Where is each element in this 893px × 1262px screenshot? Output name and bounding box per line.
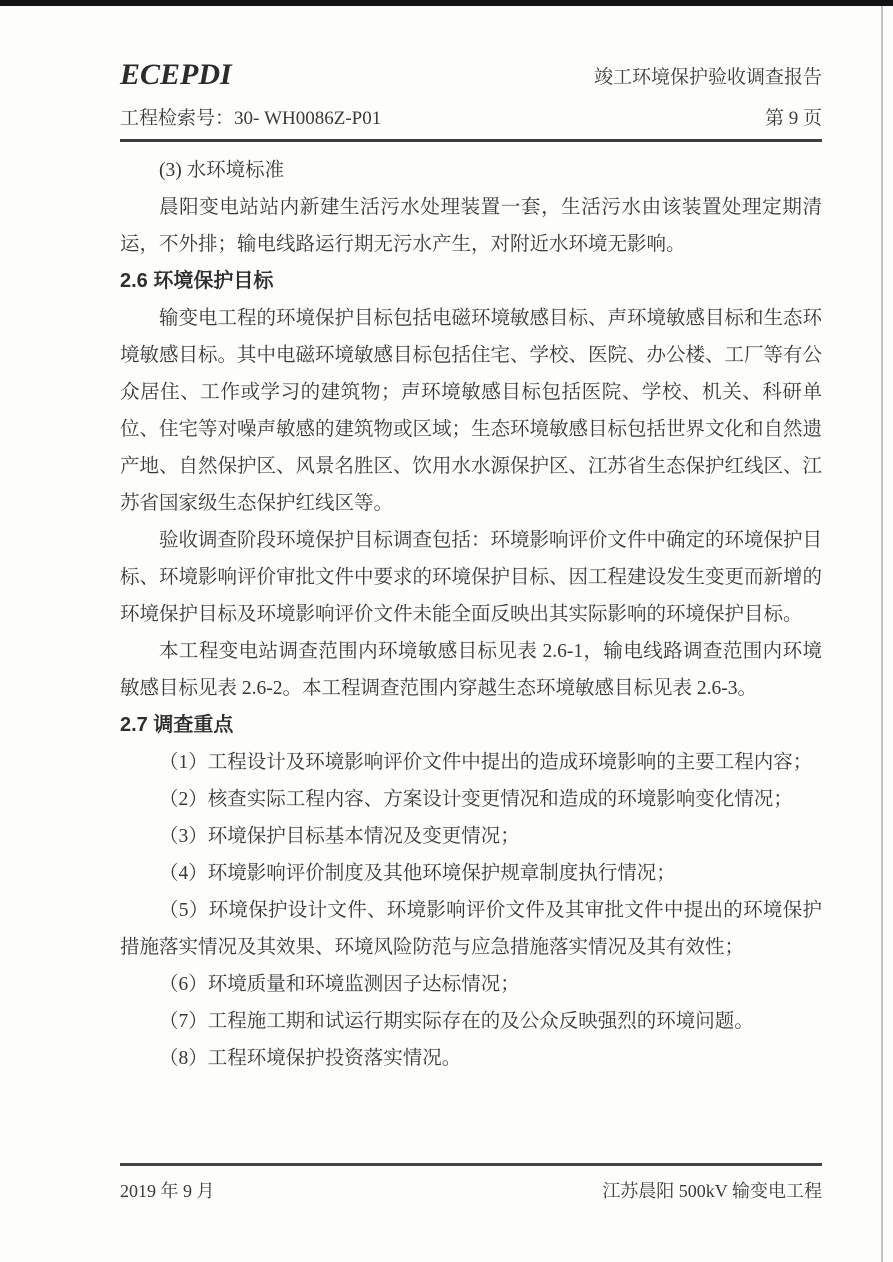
paragraph-water-standard-title: (3) 水环境标准 xyxy=(120,152,822,189)
survey-item-1: （1）工程设计及环境影响评价文件中提出的造成环境影响的主要工程内容； xyxy=(120,744,822,781)
report-title: 竣工环境保护验收调查报告 xyxy=(594,66,822,90)
paragraph-survey-scope: 验收调查阶段环境保护目标调查包括：环境影响评价文件中确定的环境保护目标、环境影响… xyxy=(120,522,822,633)
survey-item-6: （6）环境质量和环境监测因子达标情况； xyxy=(120,966,822,1003)
project-index-label: 工程检索号：30- WH0086Z-P01 xyxy=(120,103,381,130)
header-bottom-row: 工程检索号：30- WH0086Z-P01 第 9 页 xyxy=(120,103,822,130)
survey-item-3: （3）环境保护目标基本情况及变更情况； xyxy=(120,818,822,855)
page-footer: 2019 年 9 月 江苏晨阳 500kV 输变电工程 xyxy=(120,1163,822,1203)
document-page: ECEPDI 竣工环境保护验收调查报告 工程检索号：30- WH0086Z-P0… xyxy=(0,0,893,1262)
survey-item-5: （5）环境保护设计文件、环境影响评价文件及其审批文件中提出的环境保护措施落实情况… xyxy=(120,892,822,966)
survey-item-7: （7）工程施工期和试运行期实际存在的及公众反映强烈的环境问题。 xyxy=(120,1003,822,1040)
page-content: ECEPDI 竣工环境保护验收调查报告 工程检索号：30- WH0086Z-P0… xyxy=(120,0,822,1077)
footer-project-name: 江苏晨阳 500kV 输变电工程 xyxy=(602,1177,822,1203)
paragraph-targets-overview: 输变电工程的环境保护目标包括电磁环境敏感目标、声环境敏感目标和生态环境敏感目标。… xyxy=(120,300,822,522)
scan-right-edge xyxy=(881,6,883,1262)
ecepdi-logo: ECEPDI xyxy=(120,60,232,90)
section-heading-2-6: 2.6 环境保护目标 xyxy=(120,263,822,300)
section-heading-2-7: 2.7 调查重点 xyxy=(120,707,822,744)
survey-item-2: （2）核查实际工程内容、方案设计变更情况和造成的环境影响变化情况； xyxy=(120,781,822,818)
paragraph-water-standard: 晨阳变电站站内新建生活污水处理装置一套，生活污水由该装置处理定期清运，不外排；输… xyxy=(120,189,822,263)
document-body: (3) 水环境标准晨阳变电站站内新建生活污水处理装置一套，生活污水由该装置处理定… xyxy=(120,152,822,1077)
survey-item-8: （8）工程环境保护投资落实情况。 xyxy=(120,1040,822,1077)
page-number: 第 9 页 xyxy=(765,103,822,130)
paragraph-table-references: 本工程变电站调查范围内环境敏感目标见表 2.6-1，输电线路调查范围内环境敏感目… xyxy=(120,633,822,707)
page-header: ECEPDI 竣工环境保护验收调查报告 工程检索号：30- WH0086Z-P0… xyxy=(120,60,822,142)
footer-date: 2019 年 9 月 xyxy=(120,1177,215,1203)
header-top-row: ECEPDI 竣工环境保护验收调查报告 xyxy=(120,60,822,90)
survey-item-4: （4）环境影响评价制度及其他环境保护规章制度执行情况； xyxy=(120,855,822,892)
